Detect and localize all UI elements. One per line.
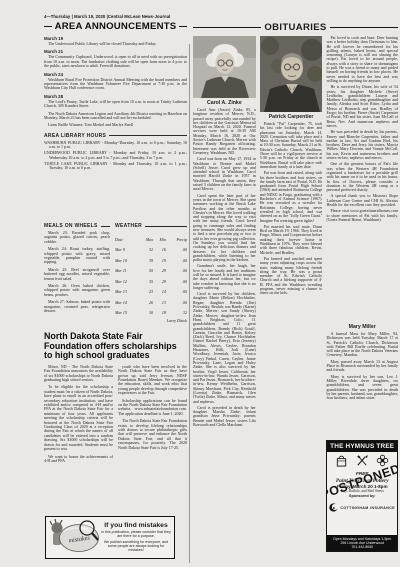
obituary-paragraph: Pat loved to cook and hunt. Deer hunting…	[326, 36, 398, 83]
announcement-text: The Underwood Public Library will be clo…	[44, 42, 187, 46]
weather-col-precip: Precip	[166, 231, 187, 242]
obituary-paragraph: Please visit www.goetzfuneralhomes.com t…	[326, 209, 398, 222]
weather-date: Mar 10	[115, 252, 139, 263]
weather-header-row: Date Max Min Precip	[115, 231, 187, 242]
weather-date: Mar 15	[115, 305, 139, 316]
announcement-note: The North Dakota American Legion and Aux…	[44, 112, 187, 121]
weather-date: Mar 13	[115, 284, 139, 295]
mistakes-cartoon: mistakes	[48, 516, 100, 559]
announcement-item: March 21 The Community Cupboard, Underwo…	[44, 49, 187, 68]
obituary-paragraph: One of the greatest honors of Pat's life…	[326, 162, 398, 192]
meals-weather-section: MEALS ON WHEELS March 23: Breaded pork c…	[44, 218, 187, 332]
weather-min: 14	[153, 284, 166, 295]
mistakes-text: If you find mistakes in this publication…	[100, 522, 172, 553]
weather-row: Mar 9 32 16 .00	[115, 242, 187, 253]
weather-box: WEATHER Date Max Min Precip Mar 9 32 16 …	[115, 218, 187, 332]
hymnus-sponsored-label: Sponsored by:	[327, 494, 397, 498]
left-column: 4—Thursday | March 19, 2020 |Central McL…	[44, 14, 187, 562]
weather-precip: .00	[166, 263, 187, 274]
weather-date: Mar 14	[115, 294, 139, 305]
meals-header: MEALS ON WHEELS	[44, 223, 110, 229]
weather-max: 35	[139, 273, 153, 284]
announcement-item: March 19 The Underwood Public Library wi…	[44, 36, 187, 46]
rule-right	[179, 26, 187, 27]
hymnus-free-label: FREE	[327, 472, 397, 477]
obituary-paragraph: Carol is preceded in death by her daught…	[193, 406, 256, 427]
newspaper-page: 4—Thursday | March 19, 2020 |Central McL…	[0, 0, 400, 567]
rule-right	[330, 27, 398, 28]
hymnus-phone: 701-442-8060	[327, 545, 397, 549]
article-column-2: youth who have been involved in the Nort…	[118, 365, 187, 467]
article-paragraph: Scholarship applications can be found on…	[118, 399, 187, 417]
weather-precip: .00	[166, 252, 187, 263]
rule-left	[193, 27, 261, 28]
weather-byline: Larry Dittok	[115, 318, 187, 323]
obituary-paragraph: A special thank you to Missouri Slope Lu…	[326, 194, 398, 207]
obituary-paragraph: Patrick "Pat" Carpentier, 75, took his l…	[260, 122, 323, 169]
article-headline: North Dakota State Fair Foundation offer…	[44, 332, 187, 361]
library-hours-header: AREA LIBRARY HOURS	[44, 133, 187, 139]
sponsor-name: COTTINGHAM INSURANCE	[340, 506, 395, 510]
hymnus-ad-icons	[327, 452, 397, 472]
area-announcements-title: AREA ANNOUNCEMENTS	[55, 21, 177, 32]
announcement-item: March 24 Washburn Rural Fire Protection …	[44, 72, 187, 91]
area-announcements-header: AREA ANNOUNCEMENTS	[44, 21, 187, 32]
weather-precip: .32	[166, 305, 187, 316]
meals-item: March 25: Beef stroganoff over buttered …	[44, 268, 110, 281]
weather-min: 16	[153, 242, 166, 253]
article-paragraph: The North Dakota State Fair Foundation e…	[118, 419, 187, 450]
obituary-paragraph: He is survived by Diane, his wife of 54 …	[326, 85, 398, 128]
article-paragraph: youth who have been involved in the Nort…	[118, 365, 187, 396]
column-divider	[189, 44, 190, 563]
obituary-paragraph: Mary is survived by her son, Leo J. Mill…	[326, 375, 398, 401]
weather-max: 39	[139, 252, 153, 263]
weather-col-min: Min	[153, 231, 166, 242]
obituary-patrick-column: Patrick Carpentier Patrick "Pat" Carpent…	[260, 36, 323, 560]
weather-precip: .00	[166, 242, 187, 253]
hymnus-items: Pigs, Buffalo, and Skid Steers	[327, 489, 397, 493]
article-paragraph: We want to honor the achievements of 4-H…	[44, 455, 113, 464]
announcement-note: Lions Raffle Winners: Tom Merkel and Mar…	[44, 123, 187, 127]
weather-title: WEATHER	[115, 223, 142, 229]
library-entry: UNDERWOOD PUBLIC LIBRARY - Monday and Fr…	[44, 151, 187, 160]
hymnus-tree-ad: THE HYMNUS TREE	[326, 440, 398, 552]
mistakes-line: We publish something for everyone, and s…	[100, 540, 172, 552]
meals-item: March 24: Roast turkey, stuffing, whippe…	[44, 247, 110, 265]
weather-max: 26	[139, 294, 153, 305]
weather-header: WEATHER	[115, 223, 187, 229]
weather-col-date: Date	[115, 231, 139, 242]
carol-zinke-photo	[193, 36, 256, 98]
paintbrush-icon	[356, 454, 369, 472]
mary-miller-obituary: Mary Miller A funeral Mass for Mary Mill…	[326, 322, 398, 438]
hymnus-footer: Open Mondays and Saturdays 1-5pm 296 Lin…	[327, 535, 397, 551]
obituary-carol-column: Carol A. Zinke Carol Ann (Jesser) Zinke,…	[193, 36, 256, 560]
weather-min: 19	[153, 252, 166, 263]
meals-item: March 27: Salmon, baked potato with marg…	[44, 300, 110, 313]
obituary-paragraph: A funeral Mass for Mary Miller, 94, Dick…	[326, 332, 398, 358]
weather-row: Mar 10 39 19 .00	[115, 252, 187, 263]
hymnus-ad-title: THE HYMNUS TREE	[327, 441, 397, 452]
obituary-columns: Carol A. Zinke Carol Ann (Jesser) Zinke,…	[193, 36, 398, 560]
weather-precip: .00	[166, 294, 187, 305]
obituary-paragraph: Pat married his soul mate, Diane Bird on…	[260, 225, 323, 255]
flower-icon	[376, 454, 389, 472]
obituary-paragraph: Pat farmed and ranched and spent many ye…	[260, 257, 323, 296]
cottingham-crescent-icon	[329, 499, 338, 517]
weather-row: Mar 12 35 29 .00	[115, 273, 187, 284]
state-fair-article: North Dakota State Fair Foundation offer…	[44, 332, 187, 514]
obituary-paragraph: He was preceded in death by his parents,…	[326, 130, 398, 160]
weather-precip: .00	[166, 284, 187, 295]
sponsor-logo-row: COTTINGHAM INSURANCE	[327, 499, 397, 517]
article-paragraph: To be eligible for the scholarship a stu…	[44, 385, 113, 451]
weather-max: 32	[139, 242, 153, 253]
meals-title: MEALS ON WHEELS	[44, 223, 98, 229]
patrick-continued: Pat loved to cook and hunt. Deer hunting…	[326, 36, 398, 322]
obituaries-section: OBITUARIES	[193, 14, 398, 565]
obituary-paragraph: Grandma's smile, her laugh, her love for…	[193, 264, 256, 290]
obituary-paragraph: Mary passed away March 13 at August Plac…	[326, 360, 398, 373]
obituaries-title: OBITUARIES	[264, 22, 326, 33]
rule	[109, 135, 187, 136]
obituaries-header: OBITUARIES	[193, 22, 398, 33]
meals-item: March 26: Oven baked chicken, whipped po…	[44, 284, 110, 297]
announcement-item: March 28 The Lord's Pantry, Turtle Lake,…	[44, 94, 187, 109]
obituary-paragraph: Carol spent the later part of her years …	[193, 194, 256, 263]
rule	[101, 226, 110, 227]
announcement-text: Washburn Rural Fire Protection District …	[44, 78, 187, 91]
weather-row: Mar 13 23 14 .00	[115, 284, 187, 295]
weather-min: 29	[153, 273, 166, 284]
announcement-date: March 24	[44, 72, 187, 77]
article-column-1: Minot, ND - The North Dakota State Fair …	[44, 365, 113, 467]
gift-bag-icon	[335, 454, 348, 472]
weather-table: Date Max Min Precip Mar 9 32 16 .00 Mar …	[115, 231, 187, 315]
announcement-text: The Lord's Pantry, Turtle Lake, will be …	[44, 100, 187, 109]
weather-row: Mar 14 26 13 .00	[115, 294, 187, 305]
rule	[145, 226, 187, 227]
obituary-name-carol: Carol A. Zinke	[193, 100, 256, 106]
obituary-name-patrick: Patrick Carpentier	[260, 114, 323, 120]
mistakes-ad: mistakes If you find mistakes in this pu…	[45, 516, 175, 559]
weather-col-max: Max	[139, 231, 153, 242]
library-hours-title: AREA LIBRARY HOURS	[44, 133, 106, 139]
patrick-carpentier-photo	[260, 36, 323, 112]
weather-precip: .00	[166, 273, 187, 284]
obituary-third-column: Pat loved to cook and hunt. Deer hunting…	[326, 36, 398, 560]
weather-max: 30	[139, 305, 153, 316]
weather-row: Mar 15 30 18 .32	[115, 305, 187, 316]
weather-date: Mar 9	[115, 242, 139, 253]
announcement-text: The Community Cupboard, Underwood, is op…	[44, 55, 187, 68]
mistakes-line: in this publication, please consider tha…	[100, 530, 172, 538]
weather-row: Mar 11 50 29 .00	[115, 263, 187, 274]
announcements-section: 4—Thursday | March 19, 2020 |Central McL…	[44, 14, 187, 218]
library-entry: TURTLE LAKE PUBLIC LIBRARY - Monday and …	[44, 162, 187, 171]
obituary-paragraph: Pat was born and raised, along with his …	[260, 171, 323, 223]
weather-max: 50	[139, 263, 153, 274]
article-paragraph: Minot, ND - The North Dakota State Fair …	[44, 365, 113, 383]
obituary-name-mary: Mary Miller	[326, 324, 398, 330]
meals-item: March 23: Breaded pork chop, augratin po…	[44, 231, 110, 244]
weather-date: Mar 12	[115, 273, 139, 284]
rule-left	[44, 26, 52, 27]
weather-min: 29	[153, 263, 166, 274]
meals-on-wheels: MEALS ON WHEELS March 23: Breaded pork c…	[44, 218, 110, 332]
obituary-paragraph: Carol was born on May 17, 1934 in Washbu…	[193, 157, 256, 191]
obituary-paragraph: Carol Ann (Jesser) Zinke, 85, a longtime…	[193, 108, 256, 155]
weather-max: 23	[139, 284, 153, 295]
weather-date: Mar 11	[115, 263, 139, 274]
article-columns: Minot, ND - The North Dakota State Fair …	[44, 365, 187, 467]
weather-min: 13	[153, 294, 166, 305]
mistakes-title: If you find mistakes	[100, 522, 172, 529]
masthead: 4—Thursday | March 19, 2020 |Central McL…	[44, 14, 187, 19]
obituary-paragraph: Carol is survived by her children, daugh…	[193, 292, 256, 404]
weather-min: 18	[153, 305, 166, 316]
library-entry: WASHBURN PUBLIC LIBRARY - Monday-Thursda…	[44, 141, 187, 150]
